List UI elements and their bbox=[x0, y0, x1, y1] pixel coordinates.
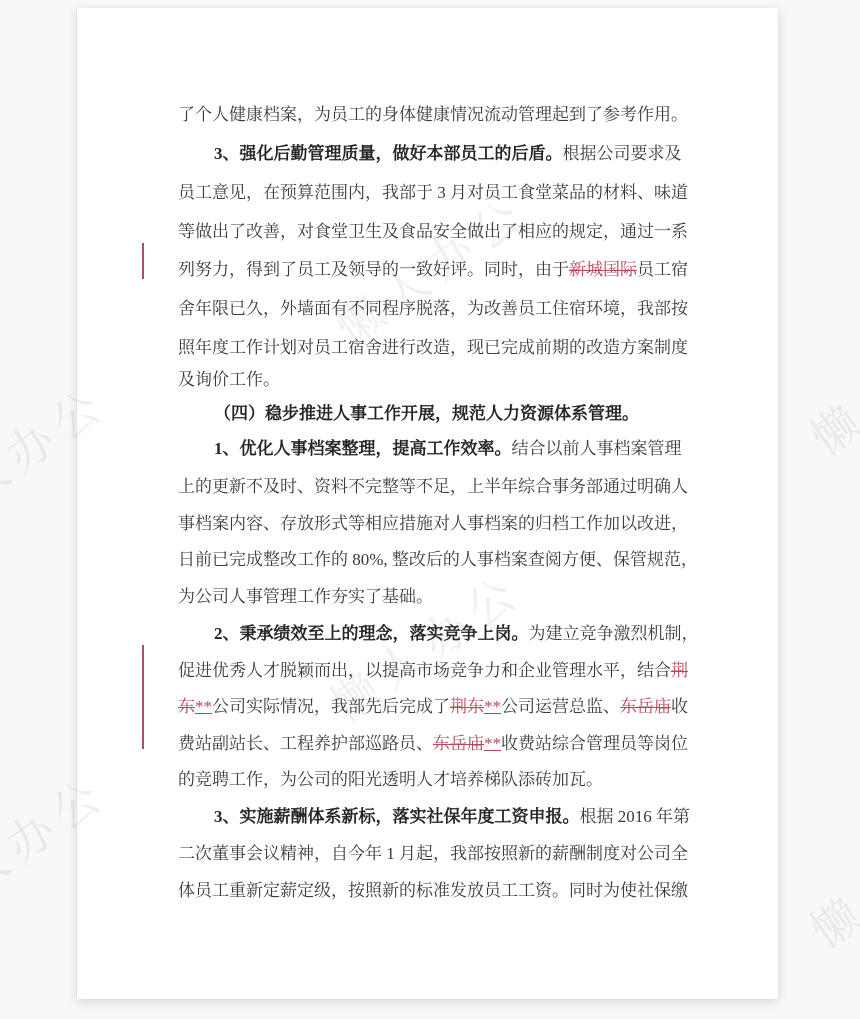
text-segment: 费站副站长、工程养护部巡路员、 bbox=[178, 734, 433, 753]
text-segment: 2、秉承绩效至上的理念，落实竞争上岗。 bbox=[214, 624, 529, 643]
revision-change-bar bbox=[142, 243, 144, 279]
text-segment: 3、强化后勤管理质量，做好本部员工的后盾。 bbox=[214, 144, 563, 163]
text-segment: 为建立竞争激烈机制， bbox=[529, 624, 699, 643]
text-segment: 东岳庙 bbox=[433, 734, 484, 753]
text-segment: 了个人健康档案，为员工的身体健康情况流动管理起到了参考作用。 bbox=[178, 105, 688, 124]
text-line: 事档案内容、存放形式等相应措施对人事档案的归档工作加以改进， bbox=[178, 514, 688, 534]
text-segment: ** bbox=[195, 697, 212, 716]
text-line: 了个人健康档案，为员工的身体健康情况流动管理起到了参考作用。 bbox=[178, 105, 688, 125]
text-line: （四）稳步推进人事工作开展，规范人力资源体系管理。 bbox=[178, 404, 639, 424]
text-line: 舍年限已久，外墙面有不同程序脱落，为改善员工住宿环境，我部按 bbox=[178, 299, 688, 319]
text-line: 3、强化后勤管理质量，做好本部员工的后盾。根据公司要求及 bbox=[178, 144, 682, 164]
text-line: 2、秉承绩效至上的理念，落实竞争上岗。为建立竞争激烈机制， bbox=[178, 624, 699, 644]
text-segment: 体员工重新定薪定级，按照新的标准发放员工工资。同时为使社保缴 bbox=[178, 881, 688, 900]
text-segment: 事档案内容、存放形式等相应措施对人事档案的归档工作加以改进， bbox=[178, 514, 688, 533]
text-segment: 东岳庙 bbox=[620, 697, 671, 716]
text-segment: 为公司人事管理工作夯实了基础。 bbox=[178, 587, 433, 606]
text-segment: 3、实施薪酬体系新标，落实社保年度工资申报。 bbox=[214, 807, 580, 826]
text-line: 费站副站长、工程养护部巡路员、东岳庙**收费站综合管理员等岗位 bbox=[178, 734, 688, 754]
text-line: 二次董事会议精神，自今年 1 月起，我部按照新的薪酬制度对公司全 bbox=[178, 844, 688, 864]
text-line: 员工意见，在预算范围内，我部于 3 月对员工食堂菜品的材料、味道 bbox=[178, 183, 688, 203]
text-segment: 照年度工作计划对员工宿舍进行改造，现已完成前期的改造方案制度 bbox=[178, 338, 688, 357]
text-line: 东**公司实际情况，我部先后完成了荆东**公司运营总监、东岳庙收 bbox=[178, 697, 688, 717]
text-line: 的竞聘工作，为公司的阳光透明人才培养梯队添砖加瓦。 bbox=[178, 770, 603, 790]
text-line: 体员工重新定薪定级，按照新的标准发放员工工资。同时为使社保缴 bbox=[178, 881, 688, 901]
text-segment: 二次董事会议精神，自今年 1 月起，我部按照新的薪酬制度对公司全 bbox=[178, 844, 688, 863]
text-segment: 荆东 bbox=[450, 697, 484, 716]
watermark-text: 懒人办公 bbox=[796, 288, 860, 468]
text-line: 等做出了改善，对食堂卫生及食品安全做出了相应的规定，通过一系 bbox=[178, 222, 688, 242]
text-segment: 舍年限已久，外墙面有不同程序脱落，为改善员工住宿环境，我部按 bbox=[178, 299, 688, 318]
text-segment: 公司实际情况，我部先后完成了 bbox=[212, 697, 450, 716]
text-line: 上的更新不及时、资料不完整等不足，上半年综合事务部通过明确人 bbox=[178, 477, 688, 497]
text-line: 促进优秀人才脱颖而出，以提高市场竞争力和企业管理水平，结合荆 bbox=[178, 661, 688, 681]
revision-change-bar bbox=[142, 645, 144, 749]
text-segment: 促进优秀人才脱颖而出，以提高市场竞争力和企业管理水平，结合 bbox=[178, 661, 671, 680]
text-line: 1、优化人事档案整理，提高工作效率。结合以前人事档案管理 bbox=[178, 439, 682, 459]
text-segment: 根据 2016 年第 bbox=[580, 807, 691, 826]
document-canvas: 了个人健康档案，为员工的身体健康情况流动管理起到了参考作用。3、强化后勤管理质量… bbox=[0, 0, 860, 1019]
text-segment: 等做出了改善，对食堂卫生及食品安全做出了相应的规定，通过一系 bbox=[178, 222, 688, 241]
text-segment: 收 bbox=[671, 697, 688, 716]
text-segment: 列努力，得到了员工及领导的一致好评。同时，由于 bbox=[178, 260, 569, 279]
text-segment: 公司运营总监、 bbox=[501, 697, 620, 716]
text-line: 及询价工作。 bbox=[178, 370, 280, 390]
text-segment: 新城国际 bbox=[569, 260, 637, 279]
text-segment: 员工宿 bbox=[637, 260, 688, 279]
text-segment: 上的更新不及时、资料不完整等不足，上半年综合事务部通过明确人 bbox=[178, 477, 688, 496]
text-segment: 1、优化人事档案整理，提高工作效率。 bbox=[214, 439, 512, 458]
text-line: 照年度工作计划对员工宿舍进行改造，现已完成前期的改造方案制度 bbox=[178, 338, 688, 358]
text-segment: 及询价工作。 bbox=[178, 370, 280, 389]
text-segment: 结合以前人事档案管理 bbox=[512, 439, 682, 458]
text-line: 日前已完成整改工作的 80%, 整改后的人事档案查阅方便、保管规范， bbox=[178, 550, 698, 570]
document-page: 了个人健康档案，为员工的身体健康情况流动管理起到了参考作用。3、强化后勤管理质量… bbox=[77, 8, 778, 999]
text-segment: （四）稳步推进人事工作开展，规范人力资源体系管理。 bbox=[214, 404, 639, 423]
text-line: 列努力，得到了员工及领导的一致好评。同时，由于新城国际员工宿 bbox=[178, 260, 688, 280]
text-segment: 员工意见，在预算范围内，我部于 3 月对员工食堂菜品的材料、味道 bbox=[178, 183, 688, 202]
text-segment: ** bbox=[484, 734, 501, 753]
text-segment: 荆 bbox=[671, 661, 688, 680]
watermark-text: 懒人办公 bbox=[796, 781, 860, 961]
text-segment: 收费站综合管理员等岗位 bbox=[501, 734, 688, 753]
text-segment: 日前已完成整改工作的 80%, 整改后的人事档案查阅方便、保管规范， bbox=[178, 550, 698, 569]
text-line: 为公司人事管理工作夯实了基础。 bbox=[178, 587, 433, 607]
text-segment: 的竞聘工作，为公司的阳光透明人才培养梯队添砖加瓦。 bbox=[178, 770, 603, 789]
text-line: 3、实施薪酬体系新标，落实社保年度工资申报。根据 2016 年第 bbox=[178, 807, 690, 827]
text-segment: 根据公司要求及 bbox=[563, 144, 682, 163]
text-segment: ** bbox=[484, 697, 501, 716]
text-segment: 东 bbox=[178, 697, 195, 716]
